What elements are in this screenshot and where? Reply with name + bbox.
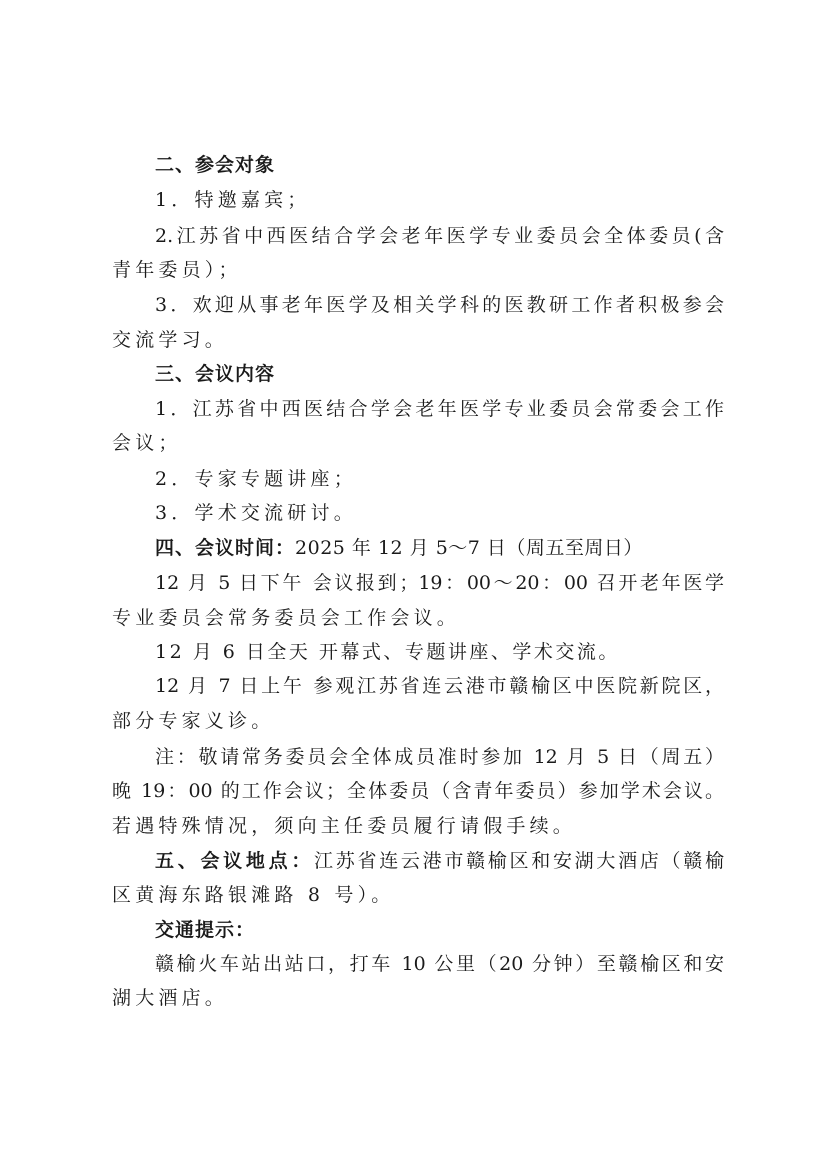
- location-heading-value: 江苏省连云港市赣榆区和安湖大酒店（赣榆: [314, 850, 724, 872]
- time-heading-value: 2025 年 12 月 5～7 日（周五至周日）: [295, 537, 643, 559]
- section-heading-attendees: 二、参会对象: [155, 148, 724, 182]
- schedule-day-3-cont: 部分专家义诊。: [112, 704, 724, 738]
- content-item-2: 2．专家专题讲座；: [155, 462, 724, 496]
- section-heading-content: 三、会议内容: [155, 357, 724, 391]
- attendee-item-3-cont: 交流学习。: [112, 323, 724, 357]
- schedule-day-1: 12 月 5 日下午 会议报到；19：00～20：00 召开老年医学: [155, 566, 724, 600]
- note-line-3: 若遇特殊情况，须向主任委员履行请假手续。: [112, 809, 724, 843]
- attendee-item-1: 1．特邀嘉宾；: [155, 183, 724, 217]
- note-line-2: 晚 19：00 的工作会议；全体委员（含青年委员）参加学术会议。: [112, 774, 724, 808]
- section-heading-transport: 交通提示：: [155, 913, 724, 947]
- section-heading-time: 四、会议时间：2025 年 12 月 5～7 日（周五至周日）: [155, 531, 724, 565]
- note-line-1: 注：敬请常务委员会全体成员准时参加 12 月 5 日（周五）: [155, 740, 724, 774]
- section-heading-location: 五、会议地点：江苏省连云港市赣榆区和安湖大酒店（赣榆: [155, 844, 724, 878]
- document-page: 二、参会对象 1．特邀嘉宾； 2.江苏省中西医结合学会老年医学专业委员会全体委员…: [0, 0, 827, 1169]
- transport-line-2: 湖大酒店。: [112, 981, 724, 1015]
- location-heading-label: 五、会议地点：: [155, 850, 314, 872]
- attendee-item-2-cont: 青年委员）；: [112, 253, 724, 287]
- attendee-item-2: 2.江苏省中西医结合学会老年医学专业委员会全体委员(含: [155, 219, 724, 253]
- content-item-3: 3．学术交流研讨。: [155, 496, 724, 530]
- attendee-item-3: 3．欢迎从事老年医学及相关学科的医教研工作者积极参会: [155, 288, 724, 322]
- content-item-1-cont: 会议；: [112, 426, 724, 460]
- schedule-day-2: 12 月 6 日全天 开幕式、专题讲座、学术交流。: [155, 635, 724, 669]
- transport-line-1: 赣榆火车站出站口，打车 10 公里（20 分钟）至赣榆区和安: [155, 947, 724, 981]
- content-item-1: 1．江苏省中西医结合学会老年医学专业委员会常委会工作: [155, 392, 724, 426]
- schedule-day-1-cont: 专业委员会常务委员会工作会议。: [112, 601, 724, 635]
- schedule-day-3: 12 月 7 日上午 参观江苏省连云港市赣榆区中医院新院区，: [155, 669, 724, 703]
- time-heading-label: 四、会议时间：: [155, 537, 295, 559]
- location-cont: 区黄海东路银滩路 8 号）。: [112, 878, 724, 912]
